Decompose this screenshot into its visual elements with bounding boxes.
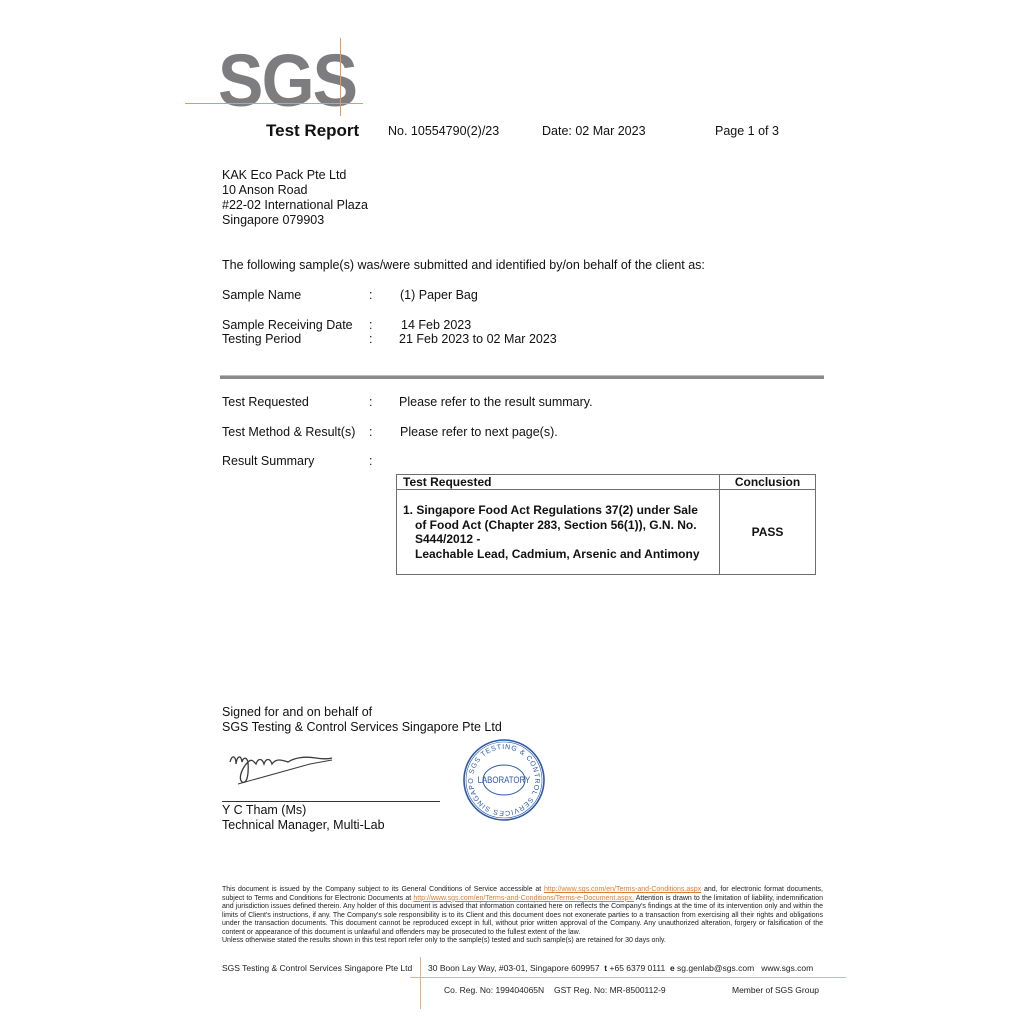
gst-registration: GST Reg. No: MR-8500112-9 [554, 985, 666, 995]
email-label: e [670, 963, 675, 973]
intro-text: The following sample(s) was/were submitt… [222, 258, 705, 273]
footer-address: 30 Boon Lay Way, #03-01, Singapore 60995… [428, 963, 600, 973]
client-address-line: Singapore 079903 [222, 213, 368, 228]
sample-receiving-date-value: 14 Feb 2023 [401, 318, 471, 333]
signature-line [222, 801, 440, 802]
logo-accent-horizontal-line [185, 103, 363, 104]
terms-e-document-link[interactable]: http://www.sgs.com/en/Terms-and-Conditio… [413, 895, 634, 902]
test-requested-value: Please refer to the result summary. [399, 395, 593, 410]
legal-disclaimer: This document is issued by the Company s… [222, 886, 823, 946]
field-separator: : [369, 288, 372, 303]
field-separator: : [369, 318, 372, 333]
sample-retention-note: Unless otherwise stated the results show… [222, 937, 823, 946]
signatory-title: Technical Manager, Multi-Lab [222, 818, 385, 833]
client-name: KAK Eco Pack Pte Ltd [222, 168, 368, 183]
sgs-logo: SGS [218, 44, 356, 118]
section-divider [220, 375, 824, 379]
sample-name-value: (1) Paper Bag [400, 288, 478, 303]
logo-accent-vertical-line [340, 38, 341, 116]
phone-label: t [604, 963, 607, 973]
company-registration: Co. Reg. No: 199404065N [444, 985, 544, 995]
footer-accent-horizontal-line [410, 977, 846, 978]
test-method-value: Please refer to next page(s). [400, 425, 558, 440]
sample-receiving-date-label: Sample Receiving Date [222, 318, 353, 333]
footer-company: SGS Testing & Control Services Singapore… [222, 963, 412, 973]
column-header-test-requested: Test Requested [397, 475, 720, 490]
report-number: No. 10554790(2)/23 [388, 124, 499, 138]
test-line: of Food Act (Chapter 283, Section 56(1))… [403, 518, 713, 533]
field-separator: : [369, 454, 372, 469]
table-header-row: Test Requested Conclusion [397, 475, 816, 490]
test-line: 1. Singapore Food Act Regulations 37(2) … [403, 503, 713, 518]
footer-website[interactable]: www.sgs.com [761, 963, 813, 973]
signing-company: SGS Testing & Control Services Singapore… [222, 720, 502, 735]
conclusion-cell: PASS [720, 490, 816, 575]
result-summary-label: Result Summary [222, 454, 314, 469]
page-indicator: Page 1 of 3 [715, 124, 779, 138]
footer-contact: 30 Boon Lay Way, #03-01, Singapore 60995… [428, 963, 813, 973]
signatory-name: Y C Tham (Ms) [222, 803, 306, 818]
sample-name-label: Sample Name [222, 288, 301, 303]
report-date: Date: 02 Mar 2023 [542, 124, 646, 138]
client-address: KAK Eco Pack Pte Ltd 10 Anson Road #22-0… [222, 168, 368, 228]
svg-text:LABORATORY: LABORATORY [478, 775, 531, 786]
testing-period-label: Testing Period [222, 332, 301, 347]
test-requested-label: Test Requested [222, 395, 309, 410]
laboratory-stamp: SGS TESTING & CONTROL SERVICES SINGAPORE… [462, 738, 546, 822]
handwritten-signature [224, 748, 339, 790]
terms-conditions-link[interactable]: http://www.sgs.com/en/Terms-and-Conditio… [544, 886, 701, 893]
field-separator: : [369, 395, 372, 410]
footer-phone: +65 6379 0111 [610, 963, 666, 973]
disclaimer-text: This document is issued by the Company s… [222, 886, 544, 893]
result-summary-table: Test Requested Conclusion 1. Singapore F… [396, 474, 816, 575]
field-separator: : [369, 425, 372, 440]
signed-on-behalf-text: Signed for and on behalf of [222, 705, 372, 720]
test-method-label: Test Method & Result(s) [222, 425, 355, 440]
table-row: 1. Singapore Food Act Regulations 37(2) … [397, 490, 816, 575]
footer-email[interactable]: sg.genlab@sgs.com [677, 963, 754, 973]
member-of-sgs-group: Member of SGS Group [732, 985, 819, 995]
column-header-conclusion: Conclusion [720, 475, 816, 490]
document-title: Test Report [266, 121, 359, 141]
test-requested-cell: 1. Singapore Food Act Regulations 37(2) … [397, 490, 720, 575]
test-line: S444/2012 - [403, 532, 713, 547]
footer-accent-vertical-line [420, 957, 421, 1009]
field-separator: : [369, 332, 372, 347]
testing-period-value: 21 Feb 2023 to 02 Mar 2023 [399, 332, 557, 347]
client-address-line: 10 Anson Road [222, 183, 368, 198]
test-line: Leachable Lead, Cadmium, Arsenic and Ant… [403, 547, 713, 562]
client-address-line: #22-02 International Plaza [222, 198, 368, 213]
